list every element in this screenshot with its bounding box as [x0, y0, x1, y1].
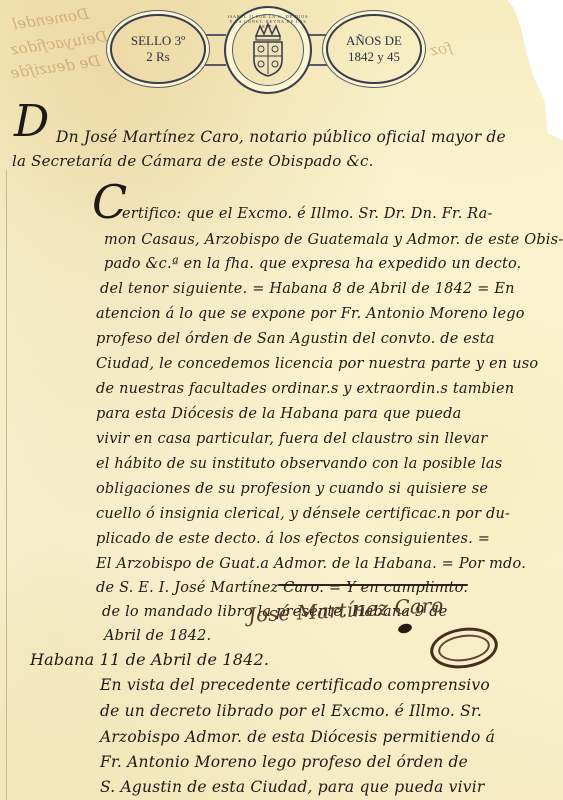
bleed-through-text: foz — [429, 39, 454, 60]
certificate-line: el hábito de su instituto observando con… — [96, 456, 502, 472]
notary-signature: José Martínez Caro — [248, 593, 444, 627]
certificate-line: profeso del órden de San Agustin del con… — [96, 331, 495, 347]
ink-blot — [397, 622, 413, 634]
endorsement-date: Habana 11 de Abril de 1842. — [30, 650, 269, 669]
decorative-initial: D — [14, 100, 49, 144]
header-line: Dn José Martínez Caro, notario público o… — [56, 128, 506, 146]
certificate-line: para esta Diócesis de la Habana para que… — [96, 406, 461, 422]
closing-rule — [278, 584, 468, 586]
royal-seal: ISABEL II POR LA G. DE DIOS Y LA CONST. … — [224, 6, 312, 94]
endorsement-line: S. Agustin de esta Ciudad, para que pued… — [100, 778, 485, 796]
certificate-line: plicado de este decto. á los efectos con… — [96, 531, 490, 547]
crowned-coat-of-arms-icon — [248, 22, 288, 78]
certificate-line: Ciudad, le concedemos licencia por nuest… — [96, 356, 538, 372]
certificate-line: ertifico: que el Excmo. é Illmo. Sr. Dr.… — [122, 206, 493, 222]
document-page: Domendel Deiuyacfidoz De deuzifde foz SE… — [0, 0, 563, 800]
certificate-line: del tenor siguiente. = Habana 8 de Abril… — [100, 281, 515, 297]
endorsement-line: Arzobispo Admor. de esta Diócesis permit… — [100, 728, 495, 746]
certificate-line: Abril de 1842. — [104, 628, 211, 644]
certificate-line: vivir en casa particular, fuera del clau… — [96, 431, 487, 447]
endorsement-line: En vista del precedente certificado comp… — [100, 676, 490, 694]
certificate-line: pado &c.ª en la fha. que expresa ha expe… — [104, 256, 521, 272]
revenue-stamp: SELLO 3º 2 Rs ISABEL II POR LA G. DE DIO… — [106, 4, 426, 96]
endorsement-line: Fr. Antonio Moreno lego profeso del órde… — [100, 753, 468, 771]
seal-legend: ISABEL II POR LA G. DE DIOS Y LA CONST. … — [226, 14, 310, 29]
margin-fold-line — [6, 170, 7, 800]
stamp-ornament — [204, 34, 226, 66]
stamp-years-oval: AÑOS DE 1842 y 45 — [326, 14, 422, 84]
stamp-label: SELLO 3º — [131, 33, 185, 49]
certificate-line: de nuestras facultades ordinar.s y extra… — [96, 381, 514, 397]
certificate-line: mon Casaus, Arzobispo de Guatemala y Adm… — [104, 232, 563, 248]
certificate-line: obligaciones de su profesion y cuando si… — [96, 481, 488, 497]
header-line: la Secretaría de Cámara de este Obispado… — [12, 152, 374, 170]
certificate-line: atencion á lo que se expone por Fr. Anto… — [96, 306, 525, 322]
bleed-through-text: Domendel — [11, 5, 90, 34]
certificate-line: cuello ó insignia clerical, y dénsele ce… — [96, 506, 510, 522]
stamp-label: AÑOS DE — [346, 33, 402, 49]
stamp-years: 1842 y 45 — [348, 49, 400, 65]
stamp-value-oval: SELLO 3º 2 Rs — [110, 14, 206, 84]
torn-corner — [493, 0, 563, 140]
endorsement-line: de un decreto librado por el Excmo. é Il… — [100, 702, 482, 720]
certificate-line: El Arzobispo de Guat.a Admor. de la Haba… — [96, 556, 526, 572]
stamp-price: 2 Rs — [146, 49, 169, 65]
